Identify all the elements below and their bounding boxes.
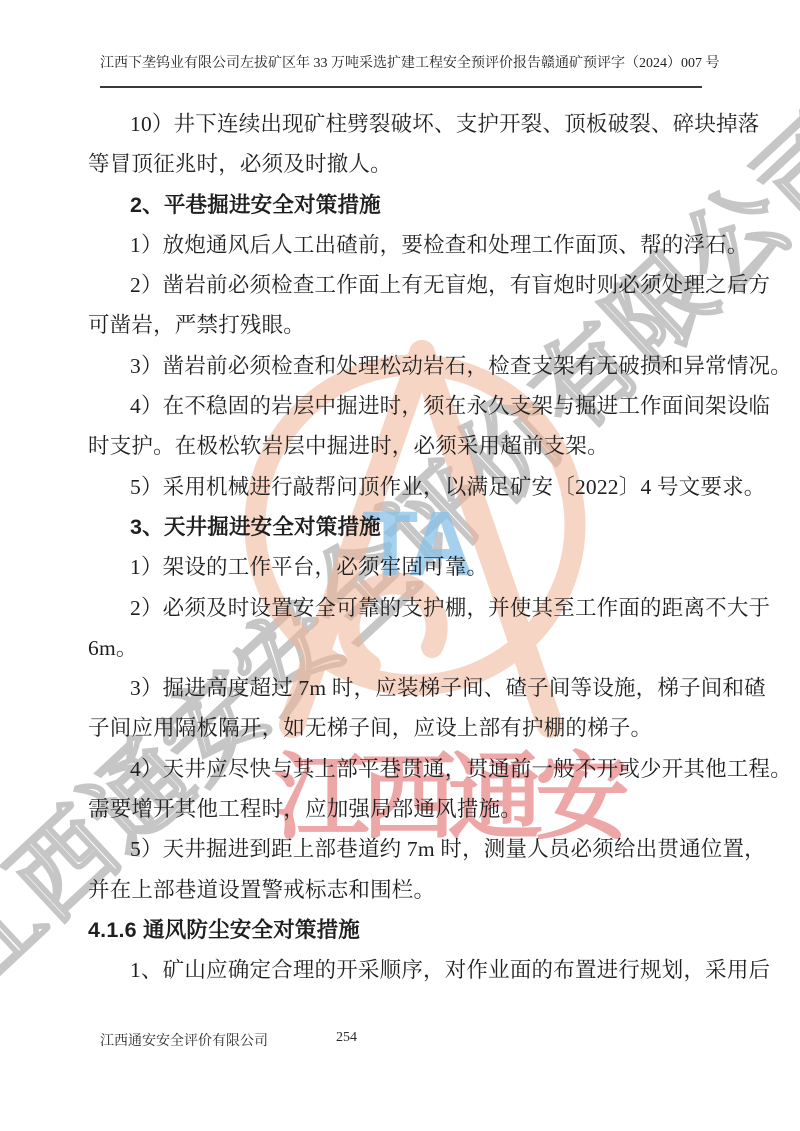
sub-heading: 2、平巷掘进安全对策措施 [88,185,728,225]
body-line: 并在上部巷道设置警戒标志和围栏。 [88,870,728,910]
header-rule [100,86,702,88]
page-header: 江西下垄钨业有限公司左拔矿区年 33 万吨采选扩建工程安全预评价报告 赣通矿预评… [100,52,702,72]
document-page: 江西通安安全评价有限公司 TA 江西通安 江西下垄钨业有限公司左拔矿区年 33 … [0,0,800,1131]
body-line: 子间应用隔板隔开，如无梯子间，应设上部有护棚的梯子。 [88,708,728,748]
header-document-number: 赣通矿预评字（2024）007 号 [541,52,720,72]
body-line: 2）必须及时设置安全可靠的支护棚，并使其至工作面的距离不大于 [88,588,728,628]
body-line: 3）凿岩前必须检查和处理松动岩石，检查支架有无破损和异常情况。 [88,346,728,386]
body-line: 5）采用机械进行敲帮问顶作业，以满足矿安〔2022〕4 号文要求。 [88,467,728,507]
body-line: 4）在不稳固的岩层中掘进时，须在永久支架与掘进工作面间架设临 [88,386,728,426]
body-line: 5）天井掘进到距上部巷道约 7m 时，测量人员必须给出贯通位置， [88,829,728,869]
body-text: 10）井下连续出现矿柱劈裂破坏、支护开裂、顶板破裂、碎块掉落等冒顶征兆时，必须及… [88,104,728,991]
body-line: 2）凿岩前必须检查工作面上有无盲炮，有盲炮时则必须处理之后方 [88,265,728,305]
body-line: 6m。 [88,628,728,668]
page-footer: 江西通安安全评价有限公司 254 [0,1030,800,1054]
footer-page-number: 254 [336,1030,357,1046]
body-line: 10）井下连续出现矿柱劈裂破坏、支护开裂、顶板破裂、碎块掉落 [88,104,728,144]
body-line: 3）掘进高度超过 7m 时，应装梯子间、碴子间等设施，梯子间和碴 [88,668,728,708]
footer-company-name: 江西通安安全评价有限公司 [100,1030,268,1050]
body-line: 等冒顶征兆时，必须及时撤人。 [88,144,728,184]
body-line: 4）天井应尽快与其上部平巷贯通，贯通前一般不开或少开其他工程。 [88,749,728,789]
body-line: 时支护。在极松软岩层中掘进时，必须采用超前支架。 [88,426,728,466]
body-line: 需要增开其他工程时，应加强局部通风措施。 [88,789,728,829]
sub-heading: 3、天井掘进安全对策措施 [88,507,728,547]
body-line: 1）放炮通风后人工出碴前，要检查和处理工作面顶、帮的浮石。 [88,225,728,265]
header-report-title: 江西下垄钨业有限公司左拔矿区年 33 万吨采选扩建工程安全预评价报告 [100,52,541,72]
body-line: 可凿岩，严禁打残眼。 [88,305,728,345]
section-heading: 4.1.6 通风防尘安全对策措施 [88,910,728,950]
body-line: 1）架设的工作平台，必须牢固可靠。 [88,547,728,587]
body-line: 1、矿山应确定合理的开采顺序，对作业面的布置进行规划，采用后 [88,950,728,990]
